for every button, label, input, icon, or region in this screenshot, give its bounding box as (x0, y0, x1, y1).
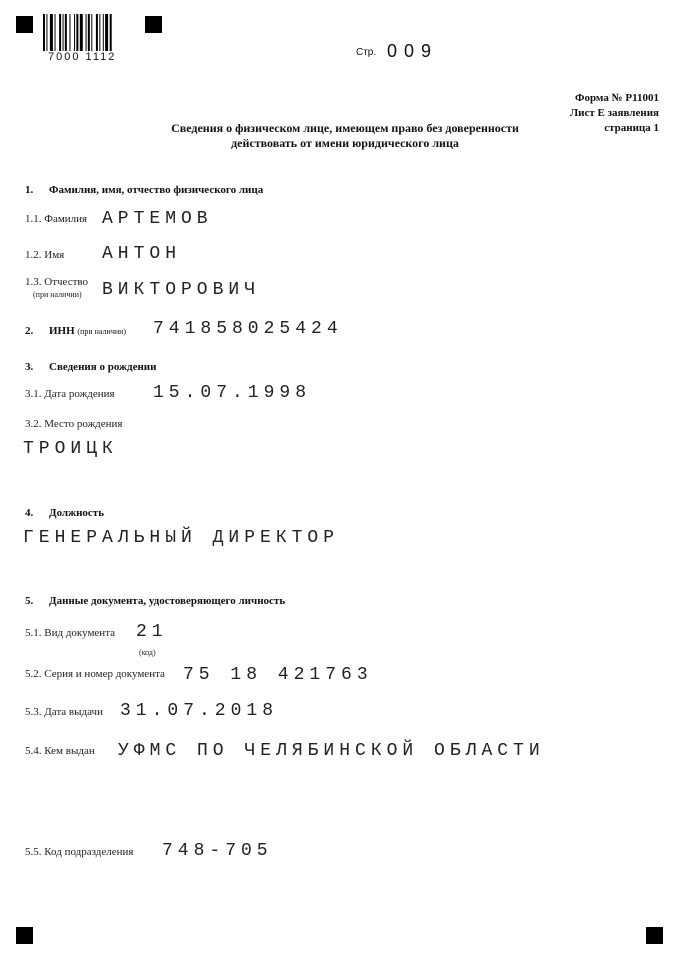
page-label: Стр. (356, 47, 376, 58)
corner-marker-bottom-right (646, 927, 663, 944)
section-number: 2. (25, 325, 49, 337)
dob-label: 3.1. Дата рождения (25, 388, 115, 400)
dob-value: 15.07.1998 (153, 383, 311, 403)
pob-value: ТРОИЦК (23, 439, 118, 459)
section-title: ИНН (49, 325, 75, 337)
doc-type-label: 5.1. Вид документа (25, 627, 115, 639)
name-label: 1.2. Имя (25, 249, 64, 261)
section-number: 5. (25, 595, 49, 607)
section-number: 3. (25, 361, 49, 373)
surname-label: 1.1. Фамилия (25, 213, 87, 225)
patronymic-label: 1.3. Отчество (25, 276, 88, 288)
surname-value: АРТЕМОВ (102, 209, 213, 229)
barcode-number: 7000 1112 (48, 51, 116, 63)
section-number: 1. (25, 184, 49, 196)
issue-date-value: 31.07.2018 (120, 701, 278, 721)
patronymic-note: (при наличии) (33, 290, 82, 299)
page-number: 0 0 9 (387, 41, 432, 62)
series-label: 5.2. Серия и номер документа (25, 668, 165, 680)
section-4-heading: 4.Должность (25, 507, 104, 519)
corner-marker-bottom-left (16, 927, 33, 944)
section-title: Должность (49, 507, 104, 519)
title-line-1: Сведения о физическом лице, имеющем прав… (140, 121, 550, 136)
form-id-block: Форма № Р11001 Лист Е заявления страница… (570, 91, 659, 136)
issue-date-label: 5.3. Дата выдачи (25, 706, 103, 718)
title-line-2: действовать от имени юридического лица (140, 136, 550, 151)
section-3-heading: 3.Сведения о рождении (25, 361, 156, 373)
form-id: Форма № Р11001 (570, 91, 659, 106)
inn-value: 741858025424 (153, 319, 343, 339)
section-number: 4. (25, 507, 49, 519)
section-1-heading: 1.Фамилия, имя, отчество физического лиц… (25, 184, 263, 196)
dept-code-label: 5.5. Код подразделения (25, 846, 133, 858)
pob-label: 3.2. Место рождения (25, 418, 122, 430)
corner-marker-top-right (145, 16, 162, 33)
doc-type-note: (код) (139, 648, 156, 657)
doc-type-value: 21 (136, 622, 168, 642)
section-title: Сведения о рождении (49, 361, 156, 373)
name-value: АНТОН (102, 244, 181, 264)
inn-note: (при наличии) (77, 327, 126, 336)
section-title: Данные документа, удостоверяющего личнос… (49, 595, 285, 607)
dept-code-value: 748-705 (162, 841, 273, 861)
patronymic-value: ВИКТОРОВИЧ (102, 280, 260, 300)
corner-marker-top-left (16, 16, 33, 33)
position-value: ГЕНЕРАЛЬНЫЙ ДИРЕКТОР (23, 528, 339, 548)
section-2-heading: 2.ИНН (при наличии) (25, 325, 126, 337)
section-5-heading: 5.Данные документа, удостоверяющего личн… (25, 595, 285, 607)
section-title: Фамилия, имя, отчество физического лица (49, 184, 263, 196)
sheet-page: страница 1 (570, 121, 659, 136)
issued-by-value: УФМС ПО ЧЕЛЯБИНСКОЙ ОБЛАСТИ (118, 741, 545, 761)
issued-by-label: 5.4. Кем выдан (25, 745, 95, 757)
page-title: Сведения о физическом лице, имеющем прав… (140, 121, 550, 151)
barcode (43, 14, 133, 51)
series-value: 75 18 421763 (183, 665, 373, 685)
sheet-name: Лист Е заявления (570, 106, 659, 121)
